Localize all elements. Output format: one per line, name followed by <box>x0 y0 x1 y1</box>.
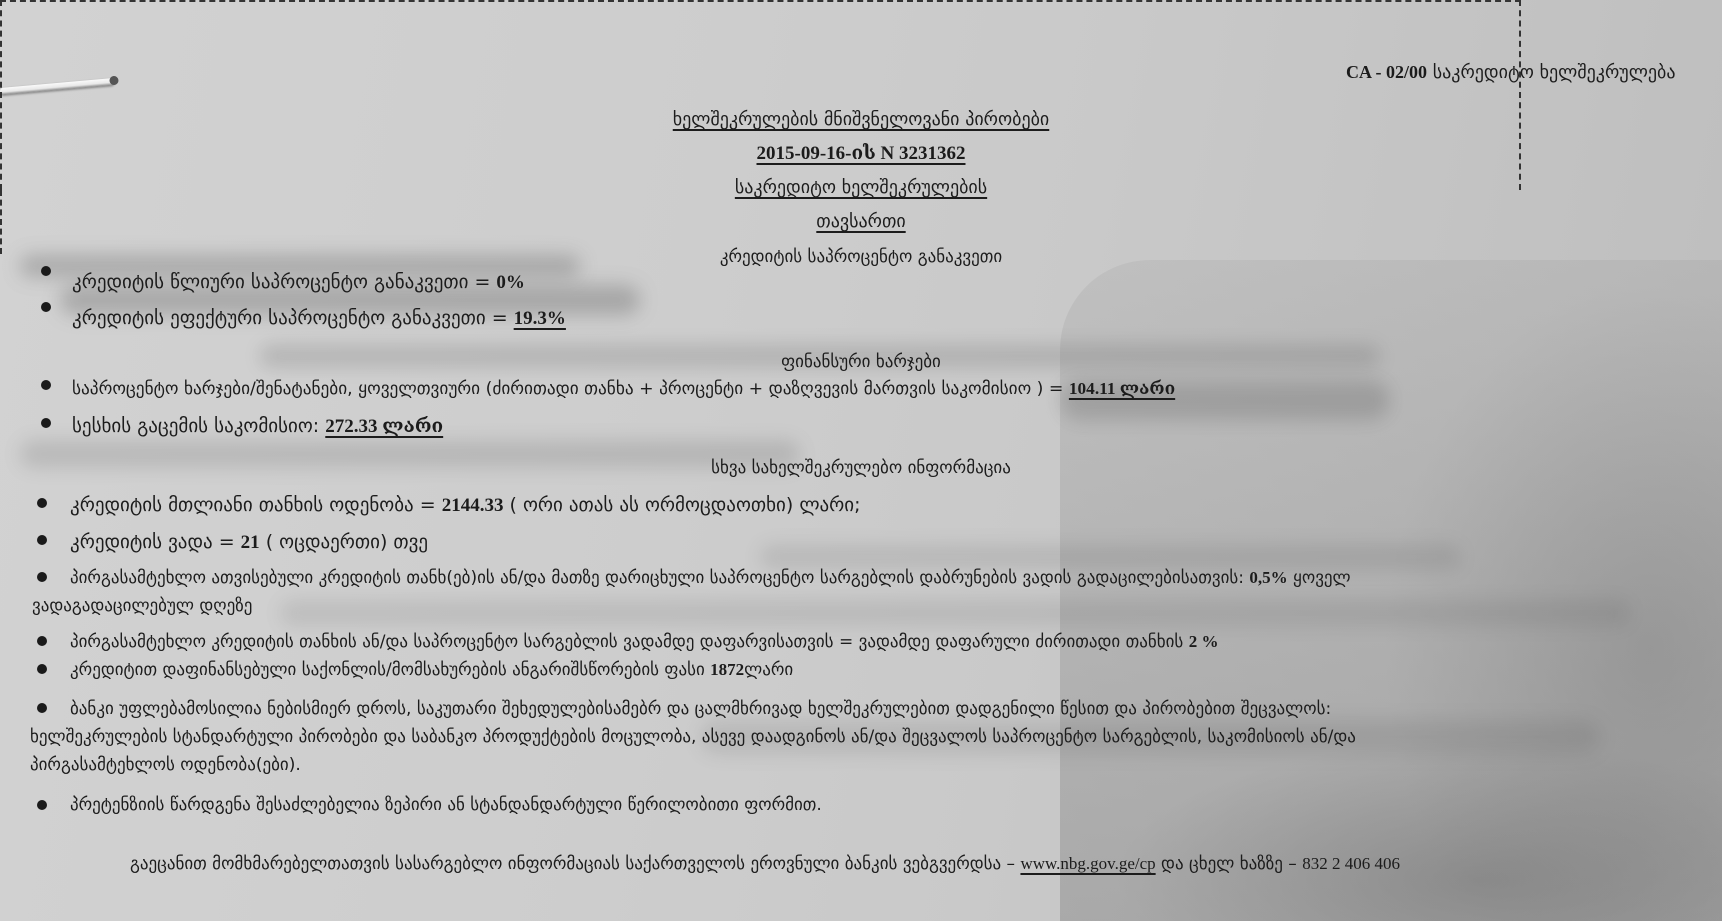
early-repayment-penalty: პირგასამტეხლო კრედიტის თანხის ან/და საპრ… <box>70 630 1218 654</box>
total-loan-amount: კრედიტის მთლიანი თანხის ოდენობა = 2144.3… <box>70 493 861 518</box>
bank-rights-line2: ხელშეკრულების სტანდარტული პირობები და სა… <box>30 725 1356 749</box>
form-name: საკრედიტო ხელშეკრულება <box>1433 62 1676 83</box>
goods-price-value: 1872 <box>710 660 744 679</box>
bank-rights-line3: პირგასამტეხლოს ოდენობა(ები). <box>30 753 301 777</box>
hotline-number: 832 2 406 406 <box>1302 854 1400 873</box>
bullet <box>37 703 47 713</box>
section-title-interest-rate: კრედიტის საპროცენტო განაკვეთი <box>0 245 1722 269</box>
goods-price: კრედიტით დაფინანსებული საქონლის/მომსახურ… <box>70 658 793 682</box>
effective-interest-rate: კრედიტის ეფექტური საპროცენტო განაკვეთი =… <box>72 306 566 331</box>
monthly-payment: საპროცენტო ხარჯები/შენატანები, ყოველთვიუ… <box>72 377 1175 401</box>
bullet <box>41 418 51 428</box>
form-header: CA - 02/00 საკრედიტო ხელშეკრულება <box>1346 60 1675 85</box>
bullet <box>37 664 47 674</box>
bullet <box>41 380 51 390</box>
late-payment-penalty-cont: ვადაგადაცილებულ დღეზე <box>32 594 252 618</box>
bullet <box>41 266 51 276</box>
annual-rate-value: 0% <box>496 272 525 293</box>
complaint-submission: პრეტენზიის წარდგენა შესაძლებელია ზეპირი … <box>70 793 822 817</box>
annual-interest-rate: კრედიტის წლიური საპროცენტო განაკვეთი = 0… <box>72 270 525 295</box>
nbg-website-link[interactable]: www.nbg.gov.ge/cp <box>1020 854 1155 873</box>
monthly-payment-value: 104.11 ლარი <box>1069 379 1175 398</box>
heading-annex: თავსართი <box>0 210 1722 234</box>
bullet <box>37 498 47 508</box>
bank-rights-line1: ბანკი უფლებამოსილია ნებისმიერ დროს, საკუ… <box>70 697 1331 721</box>
section-title-financial-costs: ფინანსური ხარჯები <box>0 350 1722 374</box>
footer-info: გაეცანით მომხმარებელთათვის სასარგებლო ინ… <box>130 852 1400 876</box>
loan-term: კრედიტის ვადა = 21 ( ოცდაერთი) თვე <box>70 530 428 555</box>
bullet <box>37 535 47 545</box>
effective-rate-value: 19.3% <box>514 308 566 329</box>
section-title-other-info: სხვა სახელშეკრულებო ინფორმაცია <box>0 456 1722 480</box>
issuance-fee-value: 272.33 ლარი <box>325 416 443 437</box>
form-code: CA - 02/00 <box>1346 62 1427 82</box>
total-loan-value: 2144.33 <box>442 495 504 516</box>
early-penalty-value: 2 % <box>1189 632 1219 651</box>
loan-issuance-fee: სესხის გაცემის საკომისიო: 272.33 ლარი <box>72 414 443 439</box>
heading-subtitle: საკრედიტო ხელშეკრულების <box>0 176 1722 200</box>
loan-term-value: 21 <box>241 532 260 553</box>
late-penalty-value: 0,5% <box>1249 568 1287 587</box>
heading-contract-number: 2015-09-16-ის N 3231362 <box>0 142 1722 166</box>
bullet <box>37 636 47 646</box>
bullet <box>41 302 51 312</box>
smudge <box>280 600 1630 626</box>
bullet <box>37 572 47 582</box>
late-payment-penalty: პირგასამტეხლო ათვისებული კრედიტის თანხ(ე… <box>70 566 1351 590</box>
heading-title: ხელშეკრულების მნიშვნელოვანი პირობები <box>0 108 1722 132</box>
bullet <box>37 800 47 810</box>
